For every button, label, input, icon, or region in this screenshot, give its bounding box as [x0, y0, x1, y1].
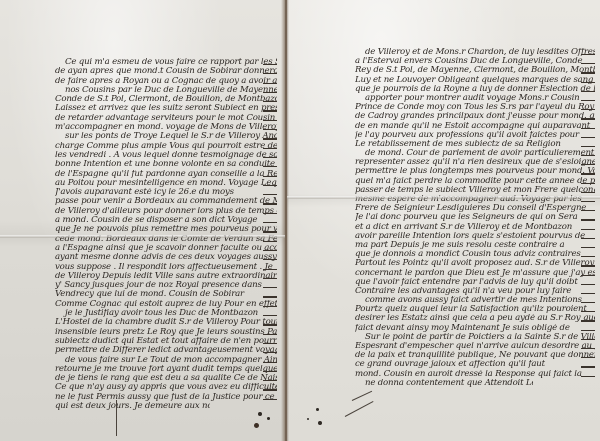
ink-blot	[307, 418, 309, 420]
manuscript-spread: Ce qui m'a esmeu de vous faire ce rappor…	[0, 0, 600, 441]
horizontal-fold-right	[287, 196, 600, 199]
manuscript-line: je l'ay pourveu aux professions qu'il av…	[355, 131, 595, 140]
ink-blot	[316, 408, 319, 411]
manuscript-line: vous suppose . Il respondit lors affectu…	[55, 263, 277, 272]
manuscript-line: Partout les Pointz qu'il avoit proposez …	[355, 259, 595, 268]
manuscript-line: Comme Cognac qui estoit auprez de luy Po…	[55, 300, 277, 309]
right-page-text: de Villeroy et de Mons.r Chardon, de luy…	[355, 48, 595, 388]
manuscript-line: permettre le plus longtemps mes pourveus…	[355, 167, 595, 176]
manuscript-line: je le Justifiay avoir tous les Duc de Mo…	[55, 309, 277, 318]
manuscript-line: que l'avoir faict entendre par l'advis d…	[355, 278, 595, 287]
manuscript-line: Espesrant d'empescher quel n'arrive aulc…	[355, 342, 595, 351]
right-page: de Villeroy et de Mons.r Chardon, de luy…	[287, 0, 600, 441]
manuscript-line: de Villeroy Depuis ledit Ville sans autr…	[55, 272, 277, 281]
manuscript-line: apporter pour montrer audit voyage Mons.…	[355, 94, 595, 103]
ink-blot	[258, 412, 262, 416]
manuscript-line: ma part Depuis je me suis resolu ceste c…	[355, 241, 595, 250]
manuscript-line: qui est deux jours. Je demeure aux noz a…	[55, 402, 210, 411]
manuscript-line: et a dict en arrivant S.r de Villeroy et…	[355, 223, 595, 232]
manuscript-line: ayant mesme donne advis de ces deux voya…	[55, 253, 277, 262]
manuscript-line: de faire apres a Royan ou a Cognac de qu…	[55, 77, 277, 86]
manuscript-line: les vendredi . A vous lequel donne tesmo…	[55, 151, 277, 160]
manuscript-line: Conde de S.t Pol, Clermont, de Bouillon,…	[55, 95, 277, 104]
binding-gutter	[281, 0, 289, 441]
manuscript-line: avoir pareille Intention lors quelz s'es…	[355, 232, 595, 241]
manuscript-line: y' Sancy jusques jour de noz Royal prese…	[55, 281, 277, 290]
manuscript-line: a l'Esterval envers Cousins Duc de Longu…	[355, 57, 595, 66]
manuscript-line: faict devant ainsy moy Maintenant Je sui…	[355, 324, 595, 333]
manuscript-line: retourne je me trouve fort ayant dudit t…	[55, 365, 277, 374]
manuscript-line: representer assez qu'il n'a rien desireu…	[355, 158, 595, 167]
manuscript-line: ne le fust Permis aussy que fust de la J…	[55, 393, 277, 402]
manuscript-line: Prince de Conde moy con Tous les S.rs pa…	[355, 103, 595, 112]
manuscript-line: de mond. Cour de parlement de avoir part…	[355, 149, 595, 158]
manuscript-line: bonne Intention et une bonne volonte en …	[55, 160, 277, 169]
manuscript-line: insensible leurs pretz Le Roy que Je leu…	[55, 328, 277, 337]
manuscript-line: mond. Cousin en auroit dressé la Respons…	[355, 370, 595, 379]
ink-blot	[254, 423, 259, 428]
manuscript-line: a l'Espagne ainsi que je scavoir donner …	[55, 244, 277, 253]
ink-blot	[318, 421, 322, 425]
manuscript-line: nos Cousins par le Duc de Longueville de…	[55, 86, 277, 95]
manuscript-line: ne donna contentement que Attendoit Ledi…	[355, 379, 533, 388]
pen-stroke	[116, 400, 117, 436]
manuscript-line: Sur le point de partir de Poictiers a la…	[355, 333, 595, 342]
manuscript-line: que je pourrois de la Royne a luy de don…	[355, 85, 595, 94]
manuscript-line: sur les ponts de Troye Lequel le S.r de …	[55, 132, 277, 141]
manuscript-line: Ce que n'ay ausy ay appris que vous avez…	[55, 383, 277, 392]
manuscript-line: quel m'a faict perdre la commodite pour …	[355, 177, 595, 186]
ink-blot	[267, 417, 270, 420]
manuscript-line: de Villeroy et de Mons.r Chardon, de luy…	[355, 48, 595, 57]
manuscript-line: de retarder advantage serviteurs pour le…	[55, 114, 277, 123]
manuscript-line: charge Comme plus ample Vous qui pourroi…	[55, 142, 277, 151]
manuscript-line: Rey de S.t Pol, de Mayenne, Clermont, de…	[355, 66, 595, 75]
manuscript-line: Pourtz quelz auquel leur la Satisfaction…	[355, 305, 595, 314]
manuscript-line: Luy et ne Louvoyer Obligeant quelques ma…	[355, 76, 595, 85]
manuscript-line: passe pour venir a Bordeaux au commandem…	[55, 197, 277, 206]
manuscript-line: Laissez et arrivez que les suitz seront …	[55, 104, 277, 113]
manuscript-line: comme avons aussy faict advertir de mes …	[355, 296, 595, 305]
manuscript-line: de Cadroy grandes princilpaux dont j'eus…	[355, 112, 595, 121]
manuscript-line: J'avois auparavant esté icy le 26.e du m…	[55, 188, 277, 197]
manuscript-line: desirer les Estatz ainsi que cela a peu …	[355, 314, 595, 323]
manuscript-line: L'Hostel de la chambre dudit S.r de Vill…	[55, 318, 277, 327]
manuscript-line: de vous faire sur Le Tout de mon accompa…	[55, 356, 277, 365]
manuscript-line: de en mande qu'il ne Estoit accompagne q…	[355, 122, 595, 131]
manuscript-line: que Je ne pouvois plus remettre mes pour…	[55, 225, 277, 234]
manuscript-line: ce grand ouvrage jaloux et affection qu'…	[355, 360, 595, 369]
manuscript-line: Contraire les advantages qu'il n'a veu p…	[355, 287, 595, 296]
manuscript-line: Je l'ai donc pourveu que les Seigneurs d…	[355, 213, 595, 222]
left-page: Ce qui m'a esmeu de vous faire ce rappor…	[0, 0, 285, 441]
manuscript-line: de Villeroy d'ailleurs pour donner lors …	[55, 207, 277, 216]
manuscript-line: permettre de Differer ledict advantageus…	[55, 346, 277, 355]
manuscript-line: Frere de Seignieur Lesdiguieres Du conse…	[355, 204, 595, 213]
manuscript-line: que je donnois a mondict Cousin tous adv…	[355, 250, 595, 259]
manuscript-line: au Poitou pour mesintelligence en mond. …	[55, 179, 277, 188]
manuscript-line: a mond. Cousin de se disposer a son dict…	[55, 216, 277, 225]
manuscript-line: Vendrecy que lui de mond. Cousin de Sobi…	[55, 290, 277, 299]
manuscript-line: de l'Espagne qu'il fut pardonne ayan con…	[55, 170, 277, 179]
horizontal-fold-left	[0, 235, 285, 238]
manuscript-line: passer de temps le subiect Villeroy et m…	[355, 186, 595, 195]
manuscript-line: de ayan apres que mond.t Cousin de Sobir…	[55, 67, 277, 76]
manuscript-line: subiectz dudict qui Estat et tout affair…	[55, 337, 277, 346]
manuscript-line: m'accompagner en mond. voyage de Mons de…	[55, 123, 277, 132]
manuscript-line: de la paix et tranquillité publique, Ne …	[355, 351, 595, 360]
manuscript-line: Ce qui m'a esmeu de vous faire ce rappor…	[55, 58, 277, 67]
manuscript-line: Le retablissement de mes subiectz de sa …	[355, 140, 595, 149]
manuscript-line: de je tiens le rang que est deu a sa qua…	[55, 374, 277, 383]
manuscript-line: concernant le pardon que Dieu est Je m'a…	[355, 269, 595, 278]
